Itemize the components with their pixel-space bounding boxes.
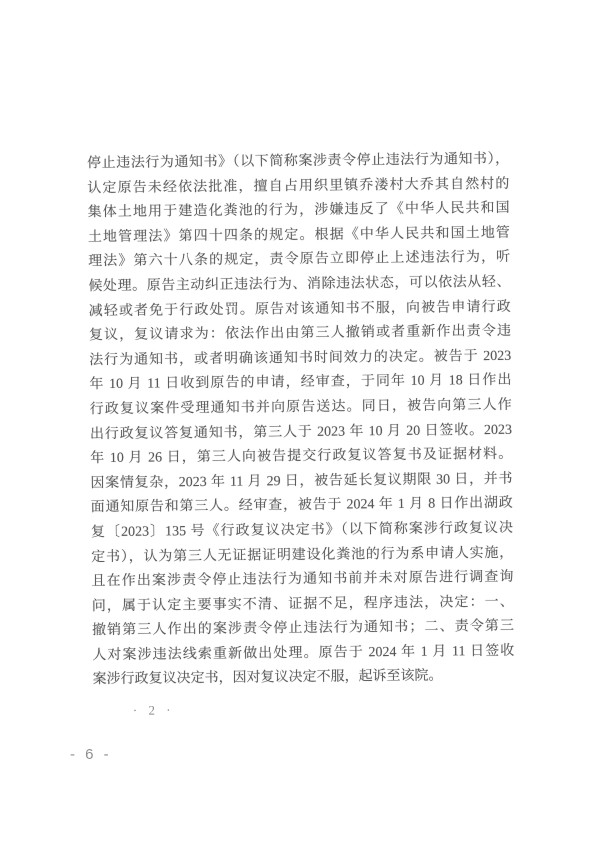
- body-line: 复〔2023〕135 号《行政复议决定书》（以下简称案涉行政复议决: [91, 517, 513, 546]
- body-line: 案涉行政复议决定书，因对复议决定不服，起诉至该院。: [92, 664, 514, 693]
- print-page-number: - 6 -: [70, 746, 112, 763]
- body-line: 候处理。原告主动纠正违法行为、消除违法状态，可以依法从轻、: [88, 271, 510, 300]
- body-line: 行政复议案件受理通知书并向原告送达。同日，被告向第三人作: [90, 394, 512, 423]
- body-text-block: 停止违法行为通知书》（以下简称案涉责令停止违法行为通知书）， 认定原告未经依法批…: [87, 148, 515, 724]
- body-line: 人对案涉违法线索重新做出处理。原告于 2024 年 1 月 11 日签收: [92, 640, 514, 669]
- document-page: 停止违法行为通知书》（以下简称案涉责令停止违法行为通知书）， 认定原告未经依法批…: [0, 0, 596, 843]
- document-inner-page-number: · 2 ·: [93, 695, 515, 724]
